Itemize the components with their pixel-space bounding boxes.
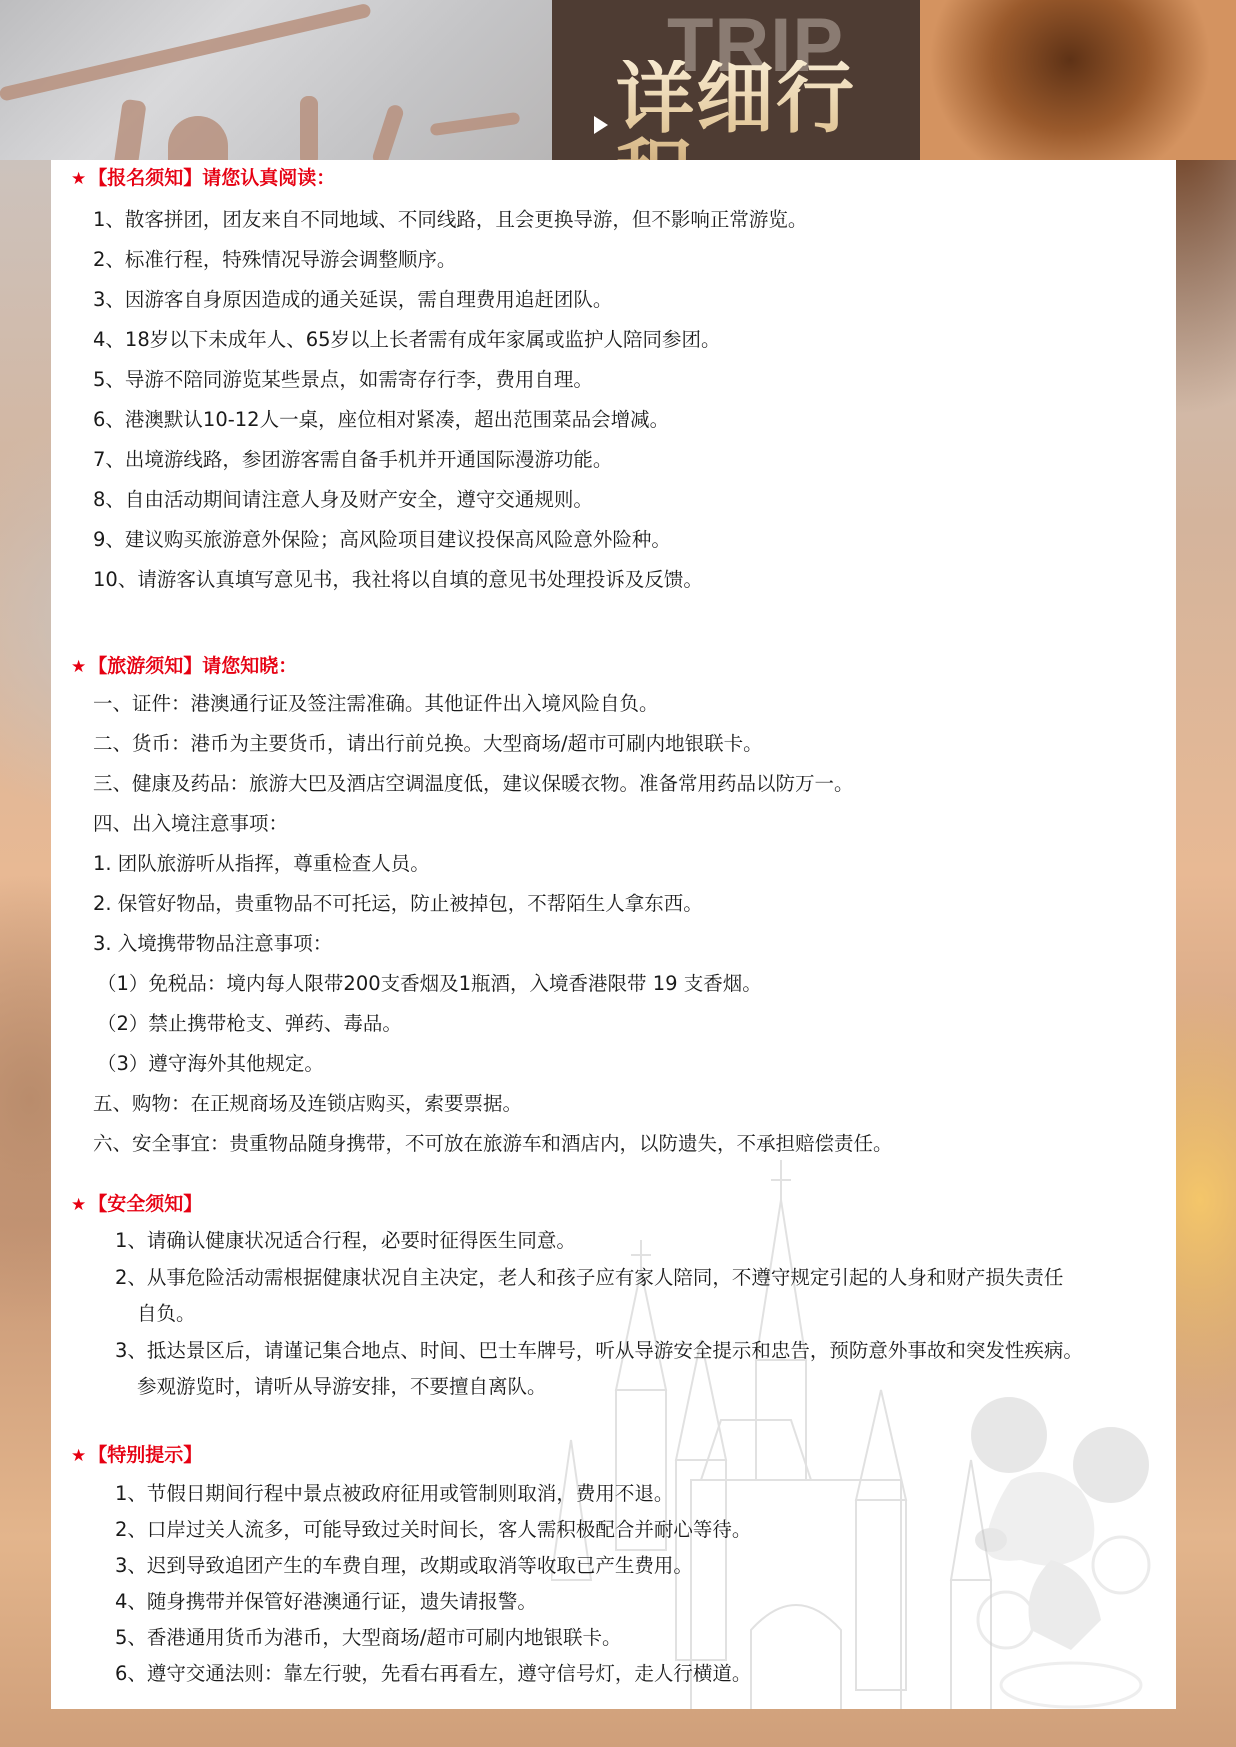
calligraphy-stroke: [300, 96, 318, 166]
list-item: 二、货币：港币为主要货币，请出行前兑换。大型商场/超市可刷内地银联卡。: [93, 731, 763, 757]
section-title-safety: ★【安全须知】: [71, 1192, 202, 1217]
list-item: 7、出境游线路，参团游客需自备手机并开通国际漫游功能。: [93, 447, 612, 473]
section-title-registration: ★【报名须知】请您认真阅读：: [71, 166, 335, 191]
list-item: （3）遵守海外其他规定。: [97, 1051, 324, 1077]
calligraphy-stroke: [168, 116, 228, 166]
list-item: 三、健康及药品：旅游大巴及酒店空调温度低，建议保暖衣物。准备常用药品以防万一。: [93, 771, 854, 797]
list-item-continuation: 自负。: [137, 1301, 196, 1327]
list-item: 1. 团队旅游听从指挥，尊重检查人员。: [93, 851, 430, 877]
calligraphy-stroke: [371, 103, 405, 167]
header-title-block: TRIP 详细行程: [552, 0, 920, 160]
list-item: 6、遵守交通法则：靠左行驶，先看右再看左，遵守信号灯，走人行横道。: [115, 1661, 751, 1687]
list-item: （2）禁止携带枪支、弹药、毒品。: [97, 1011, 402, 1037]
section-title-special-notice: ★【特别提示】: [71, 1443, 202, 1468]
list-item: 5、导游不陪同游览某些景点，如需寄存行李，费用自理。: [93, 367, 593, 393]
star-icon: ★: [71, 1195, 86, 1215]
play-triangle-icon: [594, 116, 608, 134]
list-item: 3、迟到导致追团产生的车费自理，改期或取消等收取已产生费用。: [115, 1553, 693, 1579]
list-item: 2. 保管好物品，贵重物品不可托运，防止被掉包，不帮陌生人拿东西。: [93, 891, 703, 917]
list-item: 10、请游客认真填写意见书，我社将以自填的意见书处理投诉及反馈。: [93, 567, 703, 593]
list-item: 3、因游客自身原因造成的通关延误，需自理费用追赶团队。: [93, 287, 612, 313]
section-title-travel: ★【旅游须知】请您知晓：: [71, 654, 297, 679]
content-panel: ★【报名须知】请您认真阅读： 1、散客拼团，团友来自不同地域、不同线路，且会更换…: [51, 160, 1176, 1709]
list-item: 1、节假日期间行程中景点被政府征用或管制则取消，费用不退。: [115, 1481, 673, 1507]
list-item: 1、散客拼团，团友来自不同地域、不同线路，且会更换导游，但不影响正常游览。: [93, 207, 807, 233]
list-item: 2、标准行程，特殊情况导游会调整顺序。: [93, 247, 456, 273]
list-item: 一、证件：港澳通行证及签注需准确。其他证件出入境风险自负。: [93, 691, 659, 717]
list-item: 4、随身携带并保管好港澳通行证，遗失请报警。: [115, 1589, 537, 1615]
background-silver-foil: [0, 0, 552, 160]
list-item: 四、出入境注意事项：: [93, 811, 288, 837]
list-item: 3、抵达景区后，请谨记集合地点、时间、巴士车牌号，听从导游安全提示和忠告，预防意…: [115, 1338, 1083, 1364]
list-item: 3. 入境携带物品注意事项：: [93, 931, 332, 957]
mickey-mouse-illustration: [951, 1390, 1171, 1709]
list-item: 2、从事危险活动需根据健康状况自主决定，老人和孩子应有家人陪同，不遵守规定引起的…: [115, 1265, 1063, 1291]
star-icon: ★: [71, 657, 86, 677]
calligraphy-stroke: [430, 112, 521, 136]
list-item: 2、口岸过关人流多，可能导致过关时间长，客人需积极配合并耐心等待。: [115, 1517, 751, 1543]
list-item: 六、安全事宜：贵重物品随身携带，不可放在旅游车和酒店内，以防遗失，不承担赔偿责任…: [93, 1131, 893, 1157]
list-item: 9、建议购买旅游意外保险；高风险项目建议投保高风险意外险种。: [93, 527, 671, 553]
list-item: 4、18岁以下未成年人、65岁以上长者需有成年家属或监护人陪同参团。: [93, 327, 721, 353]
list-item: 5、香港通用货币为港币，大型商场/超市可刷内地银联卡。: [115, 1625, 621, 1651]
star-icon: ★: [71, 169, 86, 189]
star-icon: ★: [71, 1446, 86, 1466]
list-item: 1、请确认健康状况适合行程，必要时征得医生同意。: [115, 1228, 576, 1254]
list-item: 6、港澳默认10-12人一桌，座位相对紧凑，超出范围菜品会增减。: [93, 407, 669, 433]
list-item: 8、自由活动期间请注意人身及财产安全，遵守交通规则。: [93, 487, 593, 513]
list-item: （1）免税品：境内每人限带200支香烟及1瓶酒，入境香港限带 19 支香烟。: [97, 971, 762, 997]
calligraphy-stroke: [0, 3, 372, 102]
list-item-continuation: 参观游览时，请听从导游安排，不要擅自离队。: [137, 1374, 547, 1400]
background-copper-foil: [920, 0, 1236, 160]
list-item: 五、购物：在正规商场及连锁店购买，索要票据。: [93, 1091, 522, 1117]
